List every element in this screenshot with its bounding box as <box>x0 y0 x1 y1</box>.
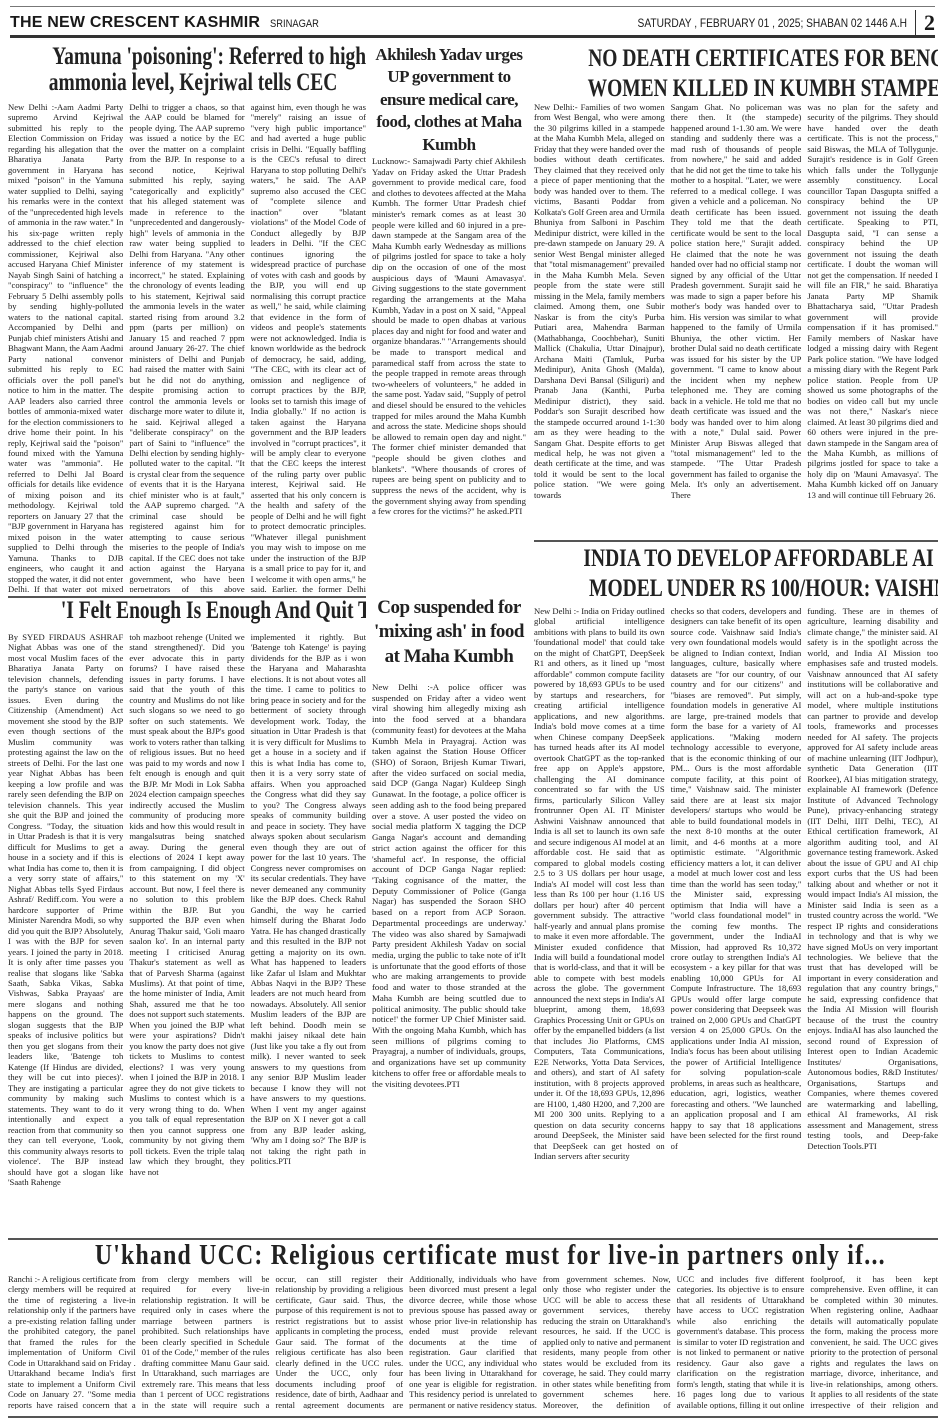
headline: 'I Felt Enough Is Enough And Quit The BJ… <box>8 598 366 632</box>
article-column: checks so that coders, developers and de… <box>671 606 802 1231</box>
headline: Cop suspended for 'mixing ash' in food a… <box>372 596 526 682</box>
article-body: Lucknow:- Samajwadi Party chief Akhilesh… <box>372 156 526 581</box>
article-column: implemented it rightly. But 'Batenge toh… <box>251 632 366 1232</box>
top-rule <box>10 6 935 7</box>
masthead: THE NEW CRESCENT KASHMIR SRINAGAR SATURD… <box>10 10 935 38</box>
article-column: Delhi to trigger a chaos, so that the AA… <box>129 102 244 592</box>
edition-city: SRINAGAR <box>270 18 319 30</box>
article-column: was no plan for the safety and security … <box>807 102 938 536</box>
article-column: Sangam Ghat. No policeman was there then… <box>671 102 802 536</box>
article-yamuna: Yamuna 'poisoning': Referred to high amm… <box>8 44 366 592</box>
article-column: toh mazboot rehenge (United we stand str… <box>129 632 244 1232</box>
article-bengal: NO DEATH CERTIFICATES FOR BENGAL WOMEN K… <box>534 44 938 538</box>
newspaper-name: THE NEW CRESCENT KASHMIR <box>10 14 260 32</box>
issue-date: SATURDAY , FEBRUARY 01 , 2025; SHABAN 02… <box>638 16 907 30</box>
headline: NO DEATH CERTIFICATES FOR BENGAL WOMEN K… <box>534 44 938 102</box>
article-ucc: U'khand UCC: Religious certificate must … <box>8 1240 938 1415</box>
article-akhilesh: Akhilesh Yadav urges UP government to en… <box>372 44 526 584</box>
article-column: Additionally, individuals who have been … <box>409 1274 537 1409</box>
divider <box>534 540 938 542</box>
article-column: New Delhi :-Aam Aadmi Party supremo Arvi… <box>8 102 123 592</box>
article-column: occur, can still register their relation… <box>275 1274 403 1409</box>
article-column: against him, even though he was "merely"… <box>251 102 366 592</box>
headline: Akhilesh Yadav urges UP government to en… <box>372 44 526 156</box>
headline: INDIA TO DEVELOP AFFORDABLE AI MODEL UND… <box>534 544 938 606</box>
article-column: funding. These are in themes of agricult… <box>807 606 938 1231</box>
article-column: foolproof, it has been kept comprehensiv… <box>810 1274 938 1409</box>
article-body: New Delhi :-A police officer was suspend… <box>372 682 526 1230</box>
article-ai: INDIA TO DEVELOP AFFORDABLE AI MODEL UND… <box>534 544 938 1234</box>
article-cop: Cop suspended for 'mixing ash' in food a… <box>372 596 526 1234</box>
headline: U'khand UCC: Religious certificate must … <box>8 1240 938 1274</box>
article-column: New Delhi :- India on Friday outlined gl… <box>534 606 665 1231</box>
bottom-rule <box>8 1416 938 1418</box>
article-nighat: 'I Felt Enough Is Enough And Quit The BJ… <box>8 598 366 1234</box>
article-column: UCC and includes five different categori… <box>677 1274 805 1409</box>
article-column: By SYED FIRDAUS ASHRAF Nighat Abbas was … <box>8 632 123 1232</box>
article-column: from clergy members will be required for… <box>142 1274 270 1409</box>
article-column: from government schemes. Now, only those… <box>543 1274 671 1409</box>
page-number: 2 <box>915 10 935 36</box>
article-column: Ranchi :- A religious certificate from c… <box>8 1274 136 1409</box>
article-column: New Delhi:- Families of two women from W… <box>534 102 665 536</box>
headline: Yamuna 'poisoning': Referred to high amm… <box>8 44 366 102</box>
